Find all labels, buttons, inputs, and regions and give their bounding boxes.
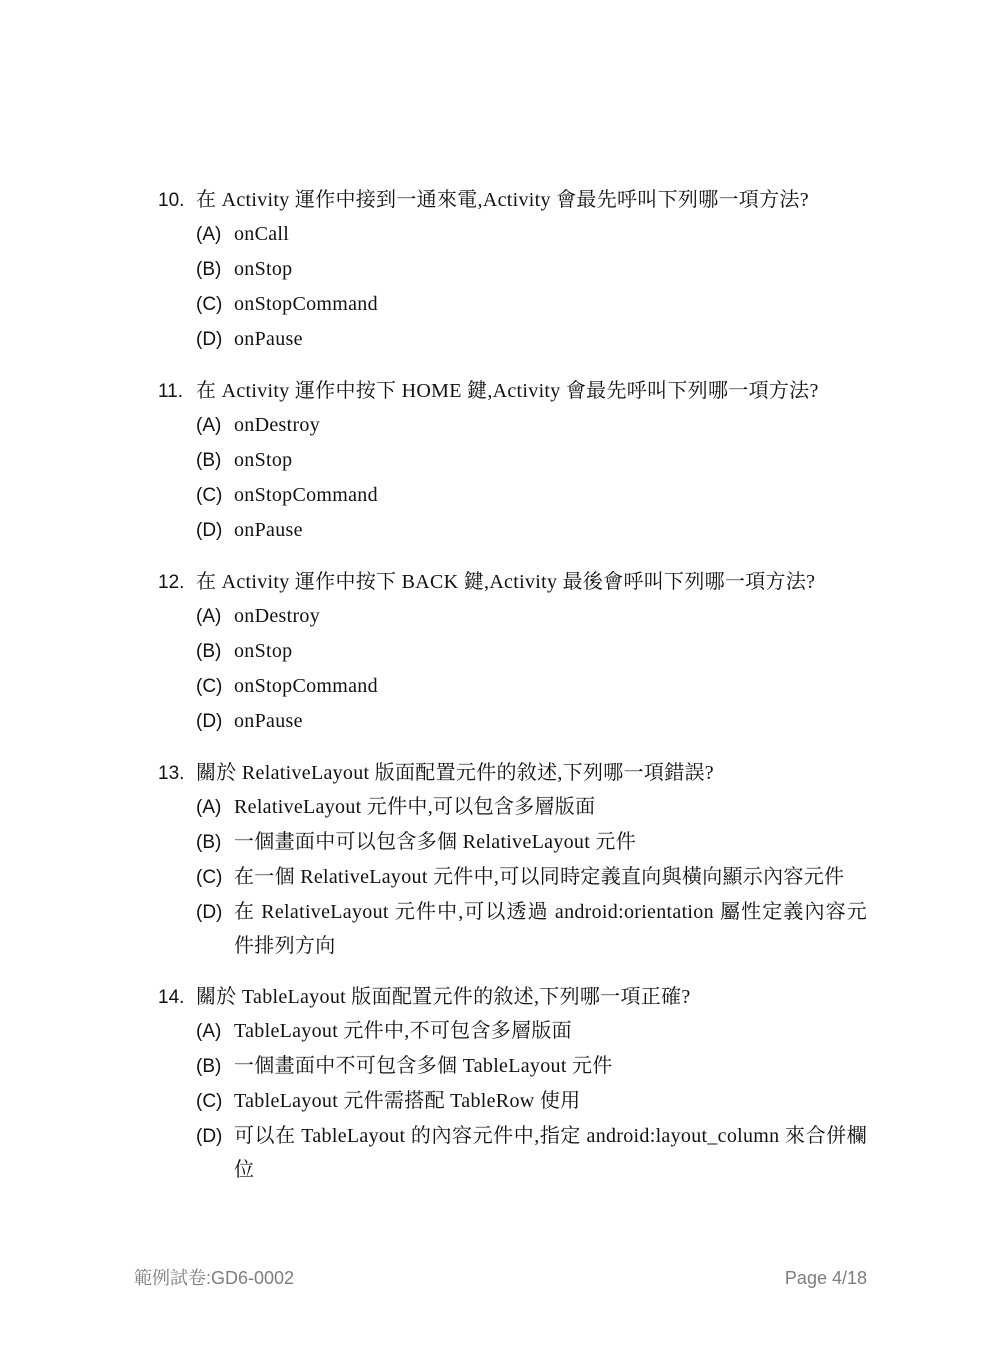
question-number: 11.	[158, 375, 196, 408]
question-text: 關於 RelativeLayout 版面配置元件的敘述,下列哪一項錯誤?	[196, 757, 867, 790]
footer-page-number: Page 4/18	[785, 1268, 867, 1289]
option-row: (B) 一個畫面中可以包含多個 RelativeLayout 元件	[196, 825, 867, 860]
option-row: (A) onDestroy	[196, 408, 867, 443]
option-row: (A) RelativeLayout 元件中,可以包含多層版面	[196, 790, 867, 825]
option-text: onStopCommand	[234, 669, 867, 703]
page-footer: 範例試卷:GD6-0002 Page 4/18	[134, 1264, 867, 1290]
option-text: onPause	[234, 704, 867, 738]
option-row: (B) 一個畫面中不可包含多個 TableLayout 元件	[196, 1049, 867, 1084]
question-14: 14. 關於 TableLayout 版面配置元件的敘述,下列哪一項正確? (A…	[158, 981, 867, 1187]
option-text: 一個畫面中不可包含多個 TableLayout 元件	[234, 1049, 867, 1083]
option-label: (C)	[196, 479, 234, 513]
option-label: (A)	[196, 600, 234, 634]
option-row: (C) onStopCommand	[196, 669, 867, 704]
question-text: 在 Activity 運作中接到一通來電,Activity 會最先呼叫下列哪一項…	[196, 184, 867, 217]
option-text: RelativeLayout 元件中,可以包含多層版面	[234, 790, 867, 824]
option-text: onStopCommand	[234, 478, 867, 512]
question-line: 12. 在 Activity 運作中按下 BACK 鍵,Activity 最後會…	[158, 566, 867, 599]
question-11: 11. 在 Activity 運作中按下 HOME 鍵,Activity 會最先…	[158, 375, 867, 548]
option-text: TableLayout 元件中,不可包含多層版面	[234, 1014, 867, 1048]
footer-doc-id: 範例試卷:GD6-0002	[134, 1264, 294, 1290]
option-text: onCall	[234, 217, 867, 251]
options-list: (A) RelativeLayout 元件中,可以包含多層版面 (B) 一個畫面…	[196, 790, 867, 963]
question-text: 在 Activity 運作中按下 BACK 鍵,Activity 最後會呼叫下列…	[196, 566, 867, 599]
option-text: 一個畫面中可以包含多個 RelativeLayout 元件	[234, 825, 867, 859]
option-row: (D) onPause	[196, 322, 867, 357]
option-label: (A)	[196, 409, 234, 443]
option-label: (D)	[196, 323, 234, 357]
option-label: (D)	[196, 896, 234, 930]
options-list: (A) onDestroy (B) onStop (C) onStopComma…	[196, 599, 867, 739]
option-text: onStopCommand	[234, 287, 867, 321]
option-label: (D)	[196, 1120, 234, 1154]
option-label: (B)	[196, 635, 234, 669]
option-row: (C) TableLayout 元件需搭配 TableRow 使用	[196, 1084, 867, 1119]
question-text: 關於 TableLayout 版面配置元件的敘述,下列哪一項正確?	[196, 981, 867, 1014]
option-label: (A)	[196, 218, 234, 252]
question-line: 10. 在 Activity 運作中接到一通來電,Activity 會最先呼叫下…	[158, 184, 867, 217]
question-line: 11. 在 Activity 運作中按下 HOME 鍵,Activity 會最先…	[158, 375, 867, 408]
option-row: (A) onDestroy	[196, 599, 867, 634]
option-text: onStop	[234, 252, 867, 286]
question-number: 10.	[158, 184, 196, 217]
question-text: 在 Activity 運作中按下 HOME 鍵,Activity 會最先呼叫下列…	[196, 375, 867, 408]
option-row: (D) 可以在 TableLayout 的內容元件中,指定 android:la…	[196, 1119, 867, 1187]
options-list: (A) onDestroy (B) onStop (C) onStopComma…	[196, 408, 867, 548]
option-label: (B)	[196, 826, 234, 860]
option-label: (D)	[196, 705, 234, 739]
option-label: (C)	[196, 670, 234, 704]
option-text: 可以在 TableLayout 的內容元件中,指定 android:layout…	[234, 1119, 867, 1187]
option-text: 在一個 RelativeLayout 元件中,可以同時定義直向與橫向顯示內容元件	[234, 860, 867, 894]
option-label: (B)	[196, 253, 234, 287]
option-row: (C) 在一個 RelativeLayout 元件中,可以同時定義直向與橫向顯示…	[196, 860, 867, 895]
option-text: onStop	[234, 443, 867, 477]
option-row: (B) onStop	[196, 443, 867, 478]
option-label: (C)	[196, 1085, 234, 1119]
option-text: onPause	[234, 322, 867, 356]
option-text: onStop	[234, 634, 867, 668]
option-row: (B) onStop	[196, 634, 867, 669]
option-label: (D)	[196, 514, 234, 548]
question-line: 13. 關於 RelativeLayout 版面配置元件的敘述,下列哪一項錯誤?	[158, 757, 867, 790]
option-row: (D) onPause	[196, 704, 867, 739]
option-label: (C)	[196, 288, 234, 322]
question-line: 14. 關於 TableLayout 版面配置元件的敘述,下列哪一項正確?	[158, 981, 867, 1014]
option-row: (B) onStop	[196, 252, 867, 287]
option-text: onDestroy	[234, 408, 867, 442]
option-row: (D) onPause	[196, 513, 867, 548]
option-label: (A)	[196, 791, 234, 825]
option-label: (C)	[196, 861, 234, 895]
question-number: 13.	[158, 757, 196, 790]
option-row: (D) 在 RelativeLayout 元件中,可以透過 android:or…	[196, 895, 867, 963]
option-label: (B)	[196, 444, 234, 478]
question-10: 10. 在 Activity 運作中接到一通來電,Activity 會最先呼叫下…	[158, 184, 867, 357]
option-row: (A) onCall	[196, 217, 867, 252]
option-text: onPause	[234, 513, 867, 547]
options-list: (A) TableLayout 元件中,不可包含多層版面 (B) 一個畫面中不可…	[196, 1014, 867, 1187]
question-number: 12.	[158, 566, 196, 599]
question-number: 14.	[158, 981, 196, 1014]
option-label: (B)	[196, 1050, 234, 1084]
question-12: 12. 在 Activity 運作中按下 BACK 鍵,Activity 最後會…	[158, 566, 867, 739]
option-row: (C) onStopCommand	[196, 478, 867, 513]
option-row: (A) TableLayout 元件中,不可包含多層版面	[196, 1014, 867, 1049]
questions-area: 10. 在 Activity 運作中接到一通來電,Activity 會最先呼叫下…	[158, 184, 867, 1205]
option-row: (C) onStopCommand	[196, 287, 867, 322]
option-text: TableLayout 元件需搭配 TableRow 使用	[234, 1084, 867, 1118]
option-text: onDestroy	[234, 599, 867, 633]
option-text: 在 RelativeLayout 元件中,可以透過 android:orient…	[234, 895, 867, 963]
question-13: 13. 關於 RelativeLayout 版面配置元件的敘述,下列哪一項錯誤?…	[158, 757, 867, 963]
option-label: (A)	[196, 1015, 234, 1049]
options-list: (A) onCall (B) onStop (C) onStopCommand …	[196, 217, 867, 357]
